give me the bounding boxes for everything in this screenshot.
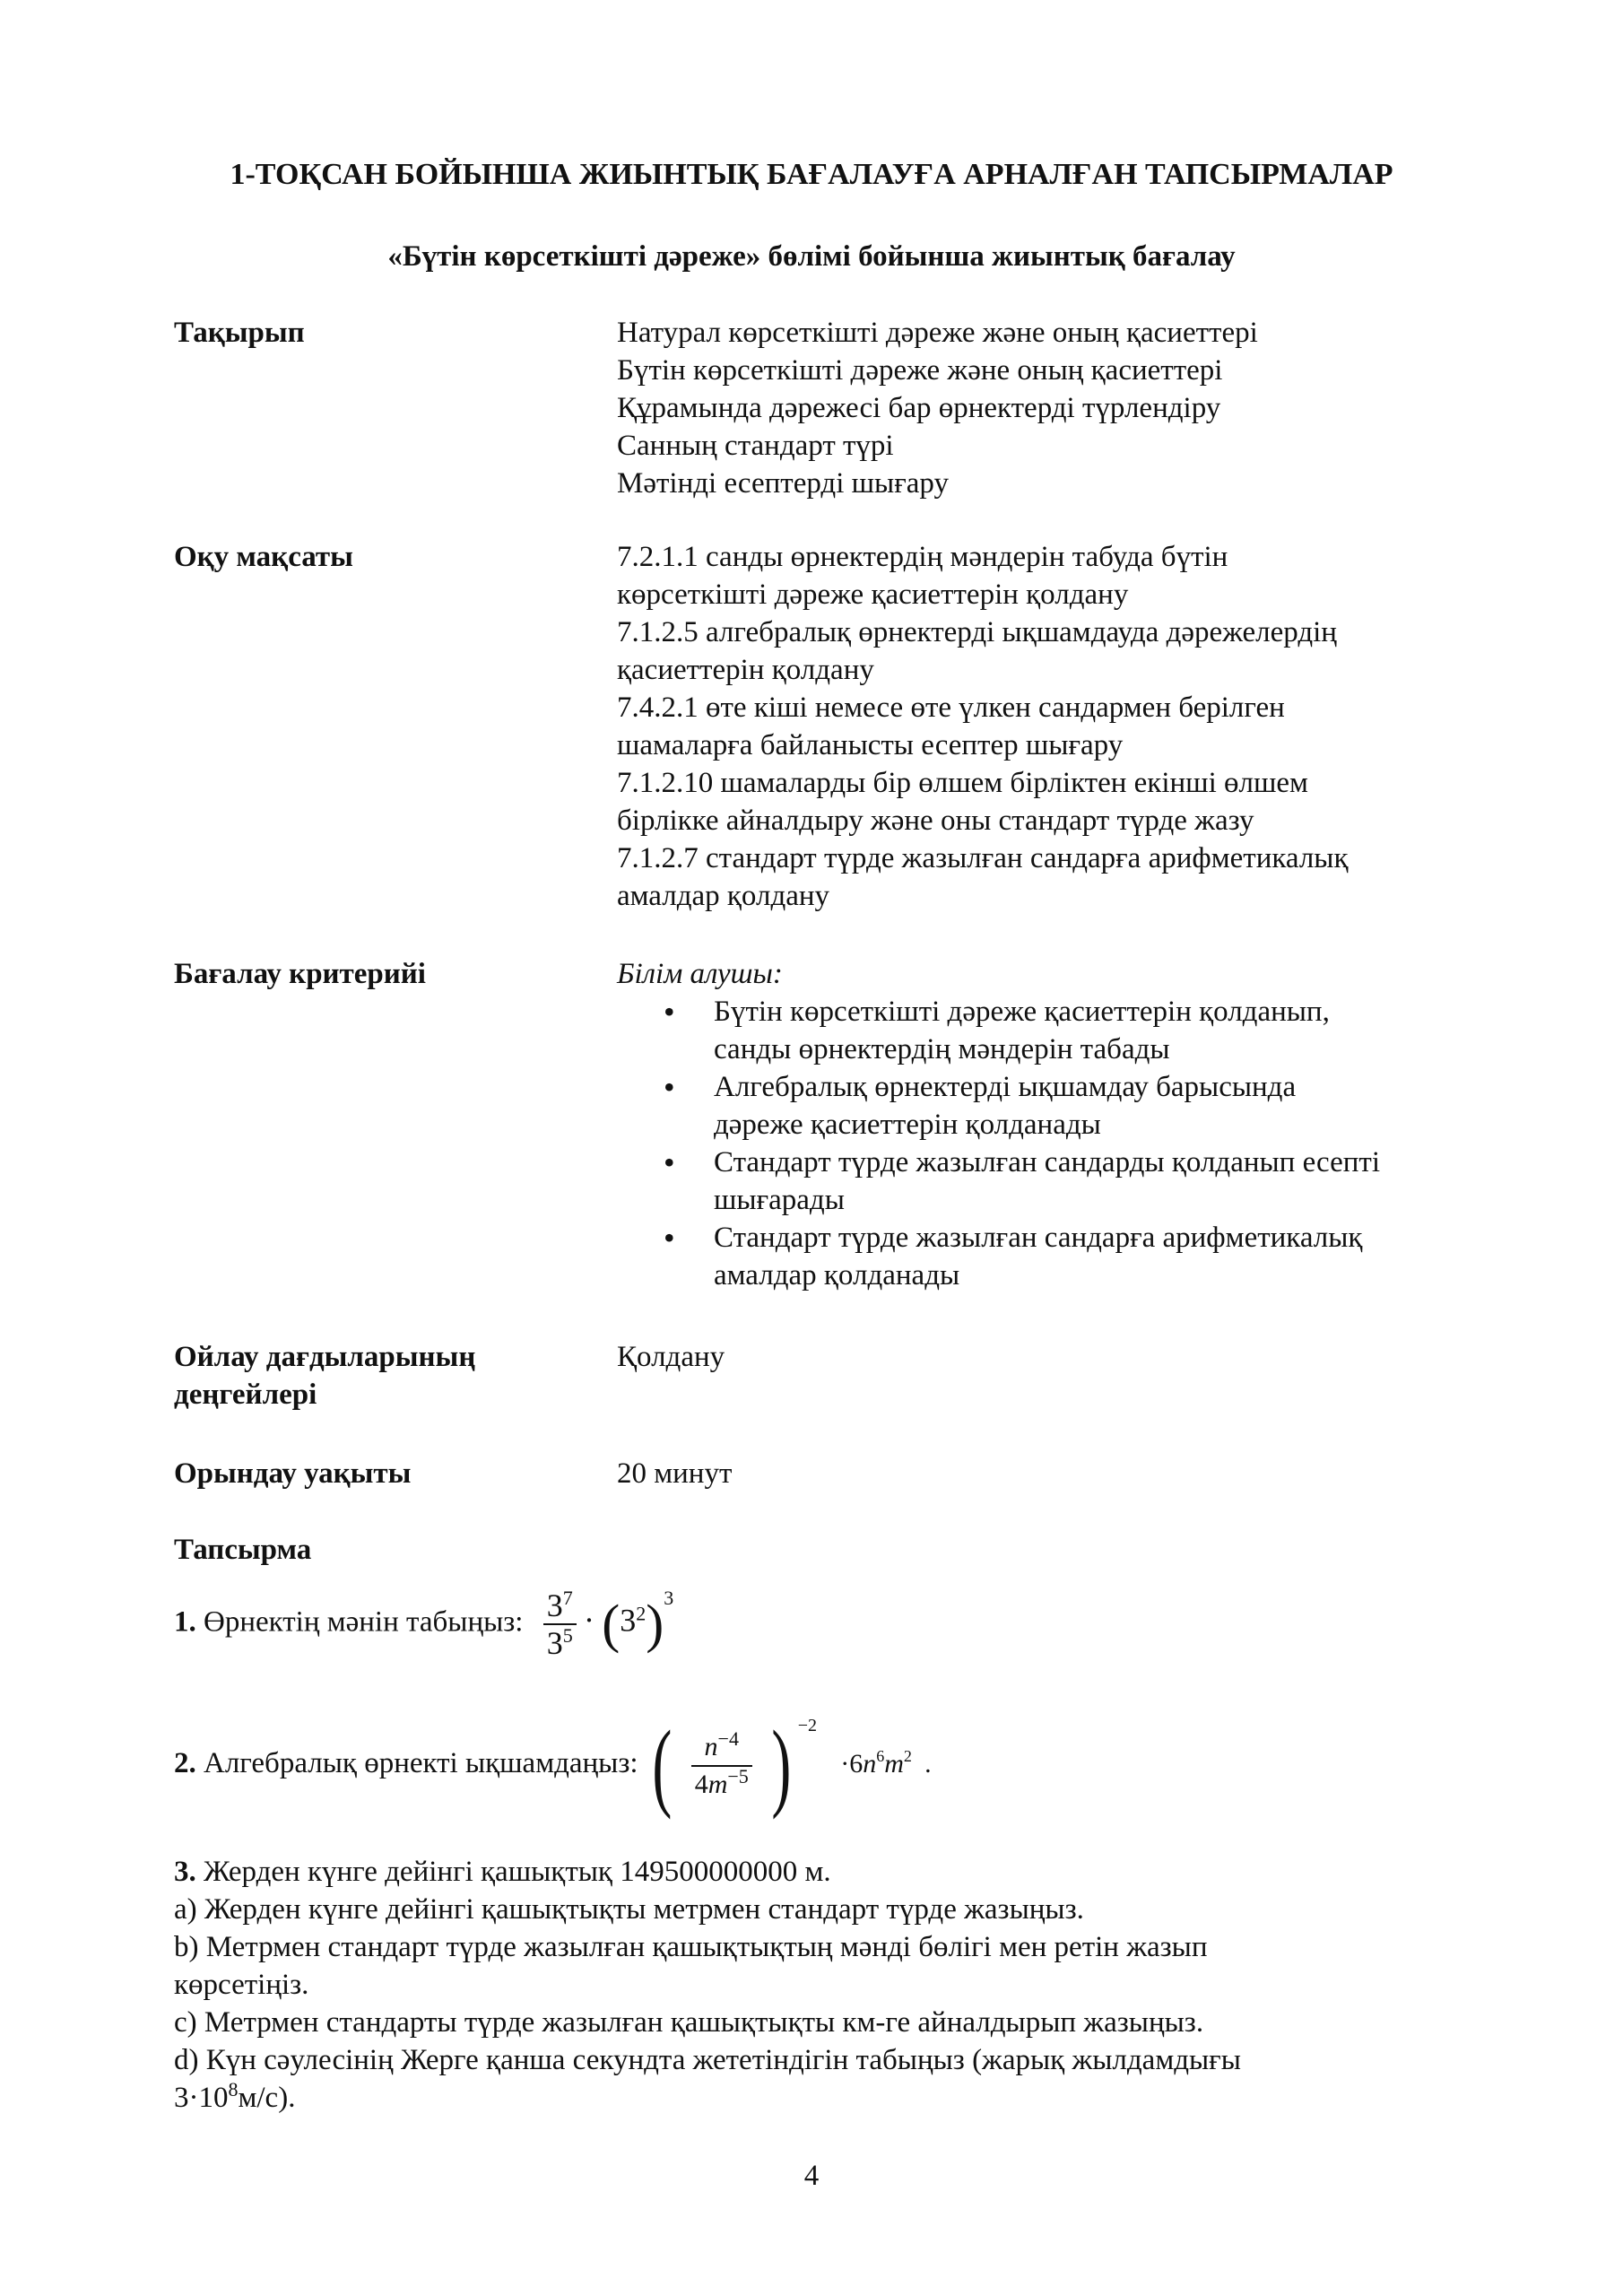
criteria-item: Стандарт түрде жазылған сандарға арифмет…: [617, 1219, 1478, 1294]
criteria-block: Білім алушы: Бүтін көрсеткішті дәреже қа…: [617, 955, 1478, 1294]
variable: m: [708, 1770, 728, 1799]
page-number: 4: [0, 2160, 1623, 2193]
right-paren: ): [771, 1709, 791, 1822]
task-1-text: Өрнектің мәнін табыңыз:: [204, 1606, 523, 1639]
objective-line: амалдар қолдану: [617, 877, 1478, 915]
exponent: 8: [229, 2078, 239, 2100]
criteria-label: Бағалау критерийі: [174, 955, 586, 993]
objective-line: бірлікке айналдыру және оны стандарт түр…: [617, 802, 1478, 839]
task-2-number: 2.: [174, 1747, 196, 1779]
base: 3: [620, 1603, 636, 1639]
topic-line: Санның стандарт түрі: [617, 427, 1478, 465]
objective-line: 7.2.1.1 санды өрнектердің мәндерін табуд…: [617, 538, 1478, 576]
criteria-item: Бүтін көрсеткішті дәреже қасиеттерін қол…: [617, 993, 1478, 1068]
task-3-text: Жерден күнге дейінгі қашықтық 1495000000…: [204, 1856, 831, 1888]
speed-coefficient: 3·10: [174, 2082, 229, 2114]
task-3d-line: d) Күн сәулесінің Жерге қанша секундта ж…: [174, 2041, 1465, 2079]
criteria-item-text: Алгебралық өрнектерді ықшамдау барысында: [714, 1068, 1478, 1106]
task-2: 2. Алгебралық өрнекті ықшамдаңыз: ( n−4 …: [174, 1709, 932, 1822]
topic-list: Натурал көрсеткішті дәреже және оның қас…: [617, 314, 1478, 502]
left-paren: (: [652, 1709, 672, 1822]
section-subtitle: «Бүтін көрсеткішті дәреже» бөлімі бойынш…: [0, 240, 1623, 274]
exponent: 6: [876, 1747, 884, 1765]
time-value: 20 минут: [617, 1455, 1478, 1492]
speed-unit: м/с).: [239, 2082, 296, 2114]
objective-line: 7.1.2.10 шамаларды бір өлшем бірліктен е…: [617, 764, 1478, 802]
task-3b-line: b) Метрмен стандарт түрде жазылған қашық…: [174, 1928, 1465, 1966]
topic-label: Тақырып: [174, 314, 586, 352]
criteria-item-text: Бүтін көрсеткішті дәреже қасиеттерін қол…: [714, 993, 1478, 1031]
topic-line: Натурал көрсеткішті дәреже және оның қас…: [617, 314, 1478, 352]
task-2-expression: ( n−4 4m−5 )−2 ·6n6m2 .: [646, 1709, 932, 1822]
criteria-item: Стандарт түрде жазылған сандарды қолданы…: [617, 1144, 1478, 1219]
right-paren: ): [646, 1595, 664, 1654]
criteria-item-text: амалдар қолданады: [714, 1257, 1478, 1294]
criteria-item-text: шығарады: [714, 1181, 1478, 1219]
fraction: 37 35: [543, 1587, 577, 1661]
exponent: 5: [563, 1624, 573, 1647]
objective-line: 7.1.2.7 стандарт түрде жазылған сандарға…: [617, 839, 1478, 877]
criteria-intro: Білім алушы:: [617, 955, 1478, 993]
topic-line: Құрамында дәрежесі бар өрнектерді түрлен…: [617, 389, 1478, 427]
task-3d-line: 3·108м/с).: [174, 2079, 1465, 2117]
task-3-number: 3.: [174, 1856, 196, 1888]
time-label: Орындау уақыты: [174, 1455, 586, 1492]
objective-line: 7.1.2.5 алгебралық өрнектерді ықшамдауда…: [617, 613, 1478, 651]
objective-line: шамаларға байланысты есептер шығару: [617, 726, 1478, 764]
base: 3: [547, 1587, 563, 1623]
exponent: 2: [904, 1747, 912, 1765]
exponent: −5: [727, 1765, 748, 1787]
criteria-item: Алгебралық өрнектерді ықшамдау барысында…: [617, 1068, 1478, 1144]
multiply-dot: ·: [584, 1603, 595, 1639]
criteria-list: Бүтін көрсеткішті дәреже қасиеттерін қол…: [617, 993, 1478, 1294]
task-1: 1. Өрнектің мәнін табыңыз: 37 35 · (32)3: [174, 1587, 673, 1661]
task-1-number: 1.: [174, 1606, 196, 1639]
criteria-item-text: санды өрнектердің мәндерін табады: [714, 1031, 1478, 1068]
exponent: 2: [636, 1603, 646, 1625]
exponent: 3: [664, 1587, 673, 1609]
topic-line: Мәтінді есептерді шығару: [617, 465, 1478, 502]
page-title: 1-ТОҚСАН БОЙЫНША ЖИЫНТЫҚ БАҒАЛАУҒА АРНАЛ…: [0, 158, 1623, 192]
task-2-text: Алгебралық өрнекті ықшамдаңыз:: [204, 1747, 638, 1779]
task-3c: c) Метрмен стандарты түрде жазылған қашы…: [174, 2004, 1465, 2041]
multiply-dot: ·: [840, 1749, 849, 1779]
period: .: [924, 1749, 932, 1779]
fraction: n−4 4m−5: [691, 1729, 752, 1803]
topic-line: Бүтін көрсеткішті дәреже және оның қасие…: [617, 352, 1478, 389]
variable: n: [705, 1732, 718, 1761]
task-1-expression: 37 35 · (32)3: [543, 1587, 673, 1661]
objective-line: 7.4.2.1 өте кіші немесе өте үлкен сандар…: [617, 689, 1478, 726]
variable: m: [884, 1749, 904, 1779]
criteria-item-text: дәреже қасиеттерін қолданады: [714, 1106, 1478, 1144]
task-3-statement: 3. Жерден күнге дейінгі қашықтық 1495000…: [174, 1853, 1465, 1891]
exponent: 7: [563, 1587, 573, 1609]
criteria-item-text: Стандарт түрде жазылған сандарға арифмет…: [714, 1219, 1478, 1257]
coefficient: 4: [695, 1770, 708, 1799]
objectives-label: Оқу мақсаты: [174, 538, 586, 576]
task-3a: a) Жерден күнге дейінгі қашықтықты метрм…: [174, 1891, 1465, 1928]
criteria-item-text: Стандарт түрде жазылған сандарды қолданы…: [714, 1144, 1478, 1181]
task-3b-line: көрсетіңіз.: [174, 1966, 1465, 2004]
exponent: −2: [798, 1716, 817, 1735]
thinking-label-line: деңгейлері: [174, 1376, 586, 1413]
thinking-label-line: Ойлау дағдыларының: [174, 1338, 586, 1376]
thinking-levels-label: Ойлау дағдыларының деңгейлері: [174, 1338, 586, 1413]
base: 3: [547, 1625, 563, 1661]
variable: n: [863, 1749, 876, 1779]
exponent: −4: [718, 1727, 739, 1750]
tasks-heading: Тапсырма: [174, 1534, 311, 1567]
task-3: 3. Жерден күнге дейінгі қашықтық 1495000…: [174, 1853, 1465, 2117]
left-paren: (: [602, 1595, 620, 1654]
objective-line: қасиеттерін қолдану: [617, 651, 1478, 689]
objective-line: көрсеткішті дәреже қасиеттерін қолдану: [617, 576, 1478, 613]
thinking-levels-value: Қолдану: [617, 1338, 1478, 1376]
objectives-list: 7.2.1.1 санды өрнектердің мәндерін табуд…: [617, 538, 1478, 915]
coefficient: 6: [849, 1749, 863, 1779]
